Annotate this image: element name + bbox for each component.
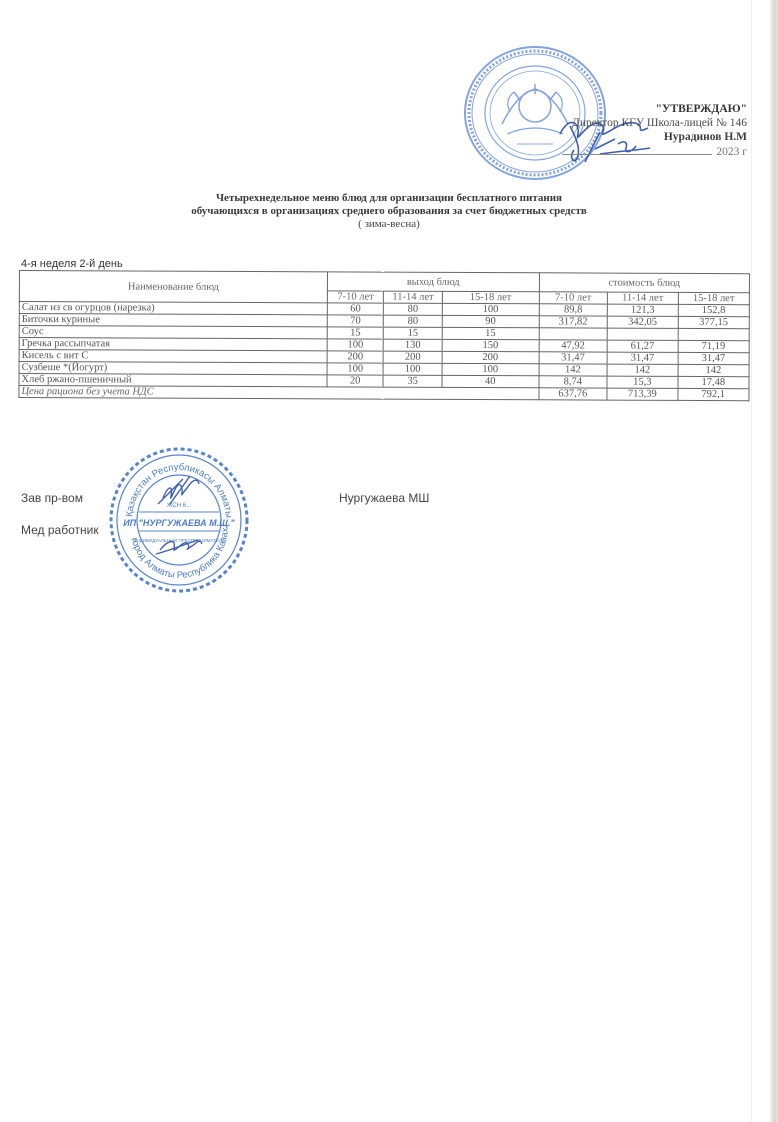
dish-name: Сузбеше *(Йогурт)	[19, 362, 327, 375]
cost-7-10: 317,82	[539, 316, 608, 328]
output-15-18: 100	[442, 363, 539, 375]
dish-name: Хлеб ржано-пшеничный	[19, 374, 327, 387]
title-line-1: Четырехнедельное меню блюд для организац…	[0, 192, 778, 205]
date-underline	[562, 144, 712, 155]
stamp-text-top: Қазақстан Республикасы Алматы қаласы	[108, 446, 234, 521]
stamp-text-sub: ИНДИВИДУАЛЬНЫЙ ПРЕДПРИНИМАТЕЛЬ	[133, 536, 225, 543]
table-total-row: Цена рациона без учета НДС 637,76 713,39…	[19, 386, 749, 401]
output-7-10: 70	[327, 315, 384, 327]
dish-name: Кисель с вит С	[19, 350, 327, 363]
production-head-name: Нургужаева МШ	[339, 491, 429, 505]
scan-edge-shadow	[770, 0, 778, 1122]
production-head-label: Зав пр-вом	[21, 491, 83, 505]
col-cost-11-14: 11-14 лет	[607, 292, 677, 304]
col-group-output: выход блюд	[327, 272, 539, 292]
cost-7-10: 8,74	[539, 376, 608, 388]
output-15-18: 15	[442, 327, 539, 339]
table-header-row: Наименование блюд выход блюд стоимость б…	[19, 271, 749, 293]
output-11-14: 15	[384, 327, 442, 339]
cost-15-18: 31,47	[678, 352, 750, 364]
cost-7-10: 31,47	[539, 352, 608, 364]
output-15-18: 100	[442, 303, 539, 315]
output-7-10: 100	[327, 339, 384, 351]
output-11-14: 100	[383, 363, 441, 375]
cost-7-10	[539, 328, 608, 340]
output-7-10: 60	[327, 303, 384, 315]
output-7-10: 20	[327, 375, 384, 387]
col-output-11-14: 11-14 лет	[384, 291, 442, 303]
cost-11-14: 121,3	[607, 304, 677, 316]
output-15-18: 150	[442, 339, 539, 351]
cost-11-14	[607, 328, 677, 340]
ip-stamp: Қазақстан Республикасы Алматы қаласы гор…	[108, 446, 250, 594]
col-cost-15-18: 15-18 лет	[678, 292, 750, 304]
cost-15-18: 142	[678, 364, 750, 376]
output-15-18: 90	[442, 315, 539, 327]
approval-title: "УТВЕРЖДАЮ"	[562, 102, 747, 116]
stamp-text-center: ИП "НУРГУЖАЕВА М.Щ."	[123, 518, 235, 528]
title-season: ( зима-весна)	[0, 218, 778, 231]
approval-block: "УТВЕРЖДАЮ" Директор КГУ Школа-лицей № 1…	[562, 102, 747, 159]
col-output-15-18: 15-18 лет	[442, 291, 539, 303]
output-11-14: 80	[384, 315, 442, 327]
output-11-14: 35	[383, 375, 441, 387]
output-7-10: 200	[327, 351, 384, 363]
output-7-10: 100	[327, 363, 384, 375]
output-11-14: 200	[384, 351, 442, 363]
dish-name: Гречка рассыпчатая	[19, 338, 327, 351]
output-15-18: 40	[442, 375, 539, 387]
total-cost-15-18: 792,1	[677, 388, 749, 400]
scan-edge-line	[751, 0, 752, 1122]
cost-15-18: 71,19	[678, 340, 750, 352]
cost-11-14: 342,05	[607, 316, 677, 328]
approval-position: Директор КГУ Школа-лицей № 146	[562, 116, 747, 130]
cost-11-14: 61,27	[607, 340, 677, 352]
approval-name: Нурадинов Н.М	[562, 130, 747, 144]
cost-15-18	[678, 328, 750, 340]
cost-11-14: 15,3	[607, 376, 677, 388]
menu-table: Наименование блюд выход блюд стоимость б…	[18, 270, 750, 401]
week-day-label: 4-я неделя 2-й день	[21, 258, 123, 270]
col-header-dish-name: Наименование блюд	[19, 271, 327, 303]
total-cost-11-14: 713,39	[607, 388, 677, 400]
col-output-7-10: 7-10 лет	[327, 291, 384, 303]
total-label: Цена рациона без учета НДС	[19, 386, 539, 400]
document-title: Четырехнедельное меню блюд для организац…	[0, 192, 778, 231]
col-cost-7-10: 7-10 лет	[539, 292, 608, 304]
cost-15-18: 377,15	[678, 316, 750, 328]
cost-15-18: 152,8	[678, 304, 750, 316]
cost-11-14: 31,47	[607, 352, 677, 364]
output-15-18: 200	[442, 351, 539, 363]
cost-11-14: 142	[607, 364, 677, 376]
output-7-10: 15	[327, 327, 384, 339]
dish-name: Салат из св огурцов (нарезка)	[19, 302, 327, 315]
cost-15-18: 17,48	[678, 376, 750, 388]
title-line-2: обучающихся в организациях среднего обра…	[0, 205, 778, 218]
cost-7-10: 47,92	[539, 340, 608, 352]
approval-year: 2023 г	[716, 146, 747, 158]
cost-7-10: 142	[539, 364, 608, 376]
output-11-14: 80	[384, 303, 442, 315]
dish-name: Биточки куриные	[19, 314, 327, 327]
col-group-cost: стоимость блюд	[539, 273, 750, 293]
output-11-14: 130	[384, 339, 442, 351]
approval-date: 2023 г	[562, 144, 747, 159]
total-cost-7-10: 637,76	[539, 388, 608, 400]
svg-text:Қазақстан Республикасы Алматы: Қазақстан Республикасы Алматы қаласы	[108, 446, 234, 521]
cost-7-10: 89,8	[539, 304, 608, 316]
medical-worker-label: Мед работник	[21, 523, 99, 537]
